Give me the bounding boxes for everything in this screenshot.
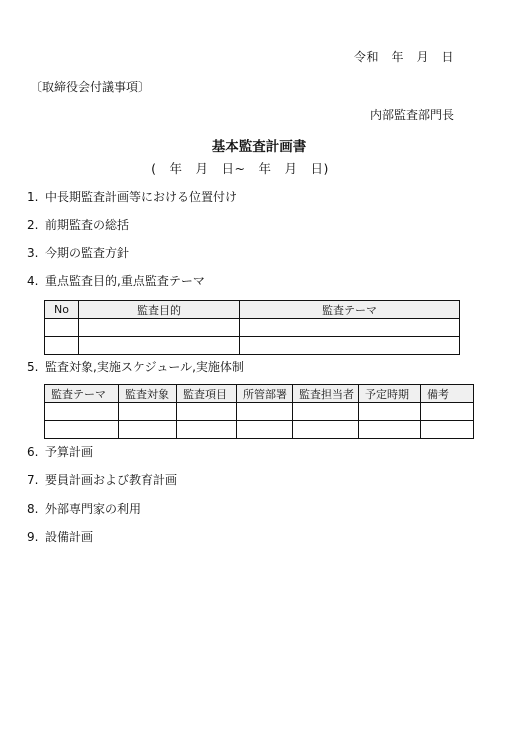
- section-label: 重点監査目的,重点監査テーマ: [45, 274, 205, 288]
- table-cell: [421, 403, 474, 421]
- table-cell: [237, 403, 293, 421]
- table-cell: [45, 337, 79, 355]
- section-label: 前期監査の総括: [45, 218, 129, 232]
- section-6: 6.予算計画: [27, 443, 93, 460]
- table-cell: [45, 403, 119, 421]
- table-cell: [240, 337, 460, 355]
- table-cell: [421, 421, 474, 439]
- table-row: [45, 319, 460, 337]
- document-title: 基本監査計画書: [0, 135, 518, 155]
- header-audit-item: 監査項目: [177, 385, 237, 403]
- header-audit-theme: 監査テーマ: [45, 385, 119, 403]
- table-row: [45, 421, 474, 439]
- period-line: ( 年 月 日~ 年 月 日): [0, 159, 480, 177]
- section-4: 4.重点監査目的,重点監査テーマ: [27, 272, 205, 289]
- table-cell: [177, 403, 237, 421]
- table-cell: [119, 421, 177, 439]
- focus-audit-table: No 監査目的 監査テーマ: [44, 300, 460, 355]
- section-7: 7.要員計画および教育計画: [27, 471, 177, 488]
- header-department: 所管部署: [237, 385, 293, 403]
- section-label: 中長期監査計画等における位置付け: [45, 190, 237, 204]
- category-label: 〔取締役会付議事項〕: [30, 78, 150, 95]
- section-label: 設備計画: [45, 530, 93, 544]
- header-schedule: 予定時期: [359, 385, 421, 403]
- table-row: [45, 403, 474, 421]
- table-cell: [240, 319, 460, 337]
- date-line: 令和 年 月 日: [354, 48, 454, 65]
- header-no: No: [45, 301, 79, 319]
- table-cell: [359, 403, 421, 421]
- section-2: 2.前期監査の総括: [27, 216, 129, 233]
- table-cell: [79, 319, 240, 337]
- header-audit-theme: 監査テーマ: [240, 301, 460, 319]
- section-label: 要員計画および教育計画: [45, 473, 177, 487]
- table-cell: [79, 337, 240, 355]
- table-cell: [237, 421, 293, 439]
- section-5: 5.監査対象,実施スケジュール,実施体制: [27, 358, 244, 375]
- table-header-row: 監査テーマ 監査対象 監査項目 所管部署 監査担当者 予定時期 備考: [45, 385, 474, 403]
- section-label: 予算計画: [45, 445, 93, 459]
- header-auditor: 監査担当者: [293, 385, 359, 403]
- section-3: 3.今期の監査方針: [27, 244, 129, 261]
- section-label: 外部専門家の利用: [45, 502, 141, 516]
- header-audit-purpose: 監査目的: [79, 301, 240, 319]
- section-8: 8.外部専門家の利用: [27, 500, 141, 517]
- table-cell: [177, 421, 237, 439]
- section-label: 監査対象,実施スケジュール,実施体制: [45, 360, 244, 374]
- table-cell: [293, 421, 359, 439]
- header-audit-target: 監査対象: [119, 385, 177, 403]
- table-row: [45, 337, 460, 355]
- table-cell: [293, 403, 359, 421]
- header-remarks: 備考: [421, 385, 474, 403]
- table-cell: [359, 421, 421, 439]
- section-9: 9.設備計画: [27, 528, 93, 545]
- audit-schedule-table: 監査テーマ 監査対象 監査項目 所管部署 監査担当者 予定時期 備考: [44, 384, 474, 439]
- table-cell: [119, 403, 177, 421]
- author-label: 内部監査部門長: [370, 106, 454, 123]
- table-header-row: No 監査目的 監査テーマ: [45, 301, 460, 319]
- section-label: 今期の監査方針: [45, 246, 129, 260]
- section-1: 1.中長期監査計画等における位置付け: [27, 188, 237, 205]
- table-cell: [45, 319, 79, 337]
- table-cell: [45, 421, 119, 439]
